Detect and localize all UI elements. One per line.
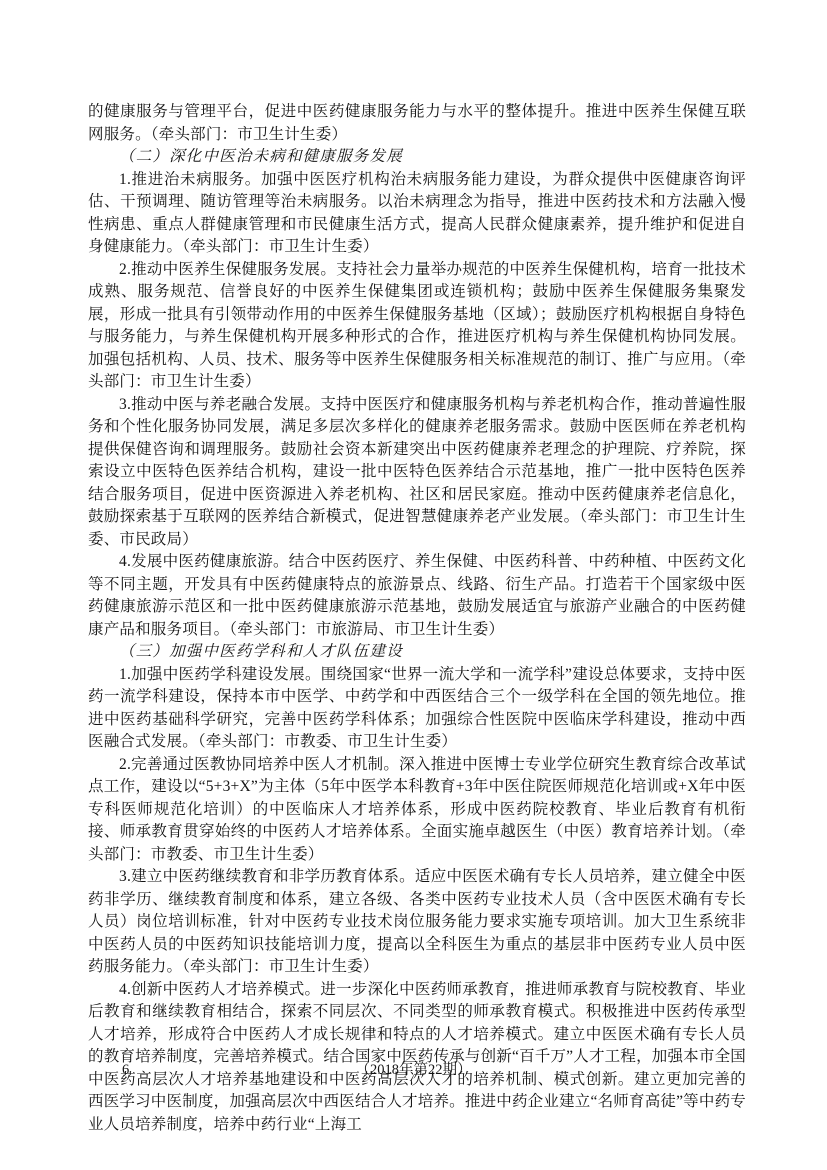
paragraph-medical-education-coordination: 2.完善通过医教协同培养中医人才机制。深入推进中医博士专业学位研究生教育综合改革… bbox=[88, 754, 746, 867]
paragraph-continuing-education: 3.建立中医药继续教育和非学历教育体系。适应中医医术确有专长人员培养，建立健全中… bbox=[88, 866, 746, 979]
paragraph-health-preservation-services: 2.推动中医养生保健服务发展。支持社会力量举办规范的中医养生保健机构，培育一批技… bbox=[88, 259, 746, 394]
paragraph-treat-before-disease: 1.推进治未病服务。加强中医医疗机构治未病服务能力建设，为群众提供中医健康咨询评… bbox=[88, 169, 746, 259]
paragraph-continuation: 的健康服务与管理平台，促进中医药健康服务能力与水平的整体提升。推进中医养生保健互… bbox=[88, 101, 746, 146]
page-footer: （2018年第22期） 6 bbox=[0, 1058, 827, 1082]
paragraph-tcm-health-tourism: 4.发展中医药健康旅游。结合中医药医疗、养生保健、中医药科普、中药种植、中医药文… bbox=[88, 551, 746, 641]
document-page: 的健康服务与管理平台，促进中医药健康服务能力与水平的整体提升。推进中医养生保健互… bbox=[0, 0, 827, 1170]
section-heading-3: （三）加强中医药学科和人才队伍建设 bbox=[88, 641, 746, 664]
paragraph-tcm-elderly-care-integration: 3.推动中医与养老融合发展。支持中医医疗和健康服务机构与养老机构合作，推动普遍性… bbox=[88, 394, 746, 552]
document-body: 的健康服务与管理平台，促进中医药健康服务能力与水平的整体提升。推进中医养生保健互… bbox=[88, 101, 746, 1136]
section-heading-2: （二）深化中医治未病和健康服务发展 bbox=[88, 146, 746, 169]
page-number: 6 bbox=[122, 1058, 129, 1082]
paragraph-discipline-construction: 1.加强中医药学科建设发展。围绕国家“世界一流大学和一流学科”建设总体要求，支持… bbox=[88, 664, 746, 754]
